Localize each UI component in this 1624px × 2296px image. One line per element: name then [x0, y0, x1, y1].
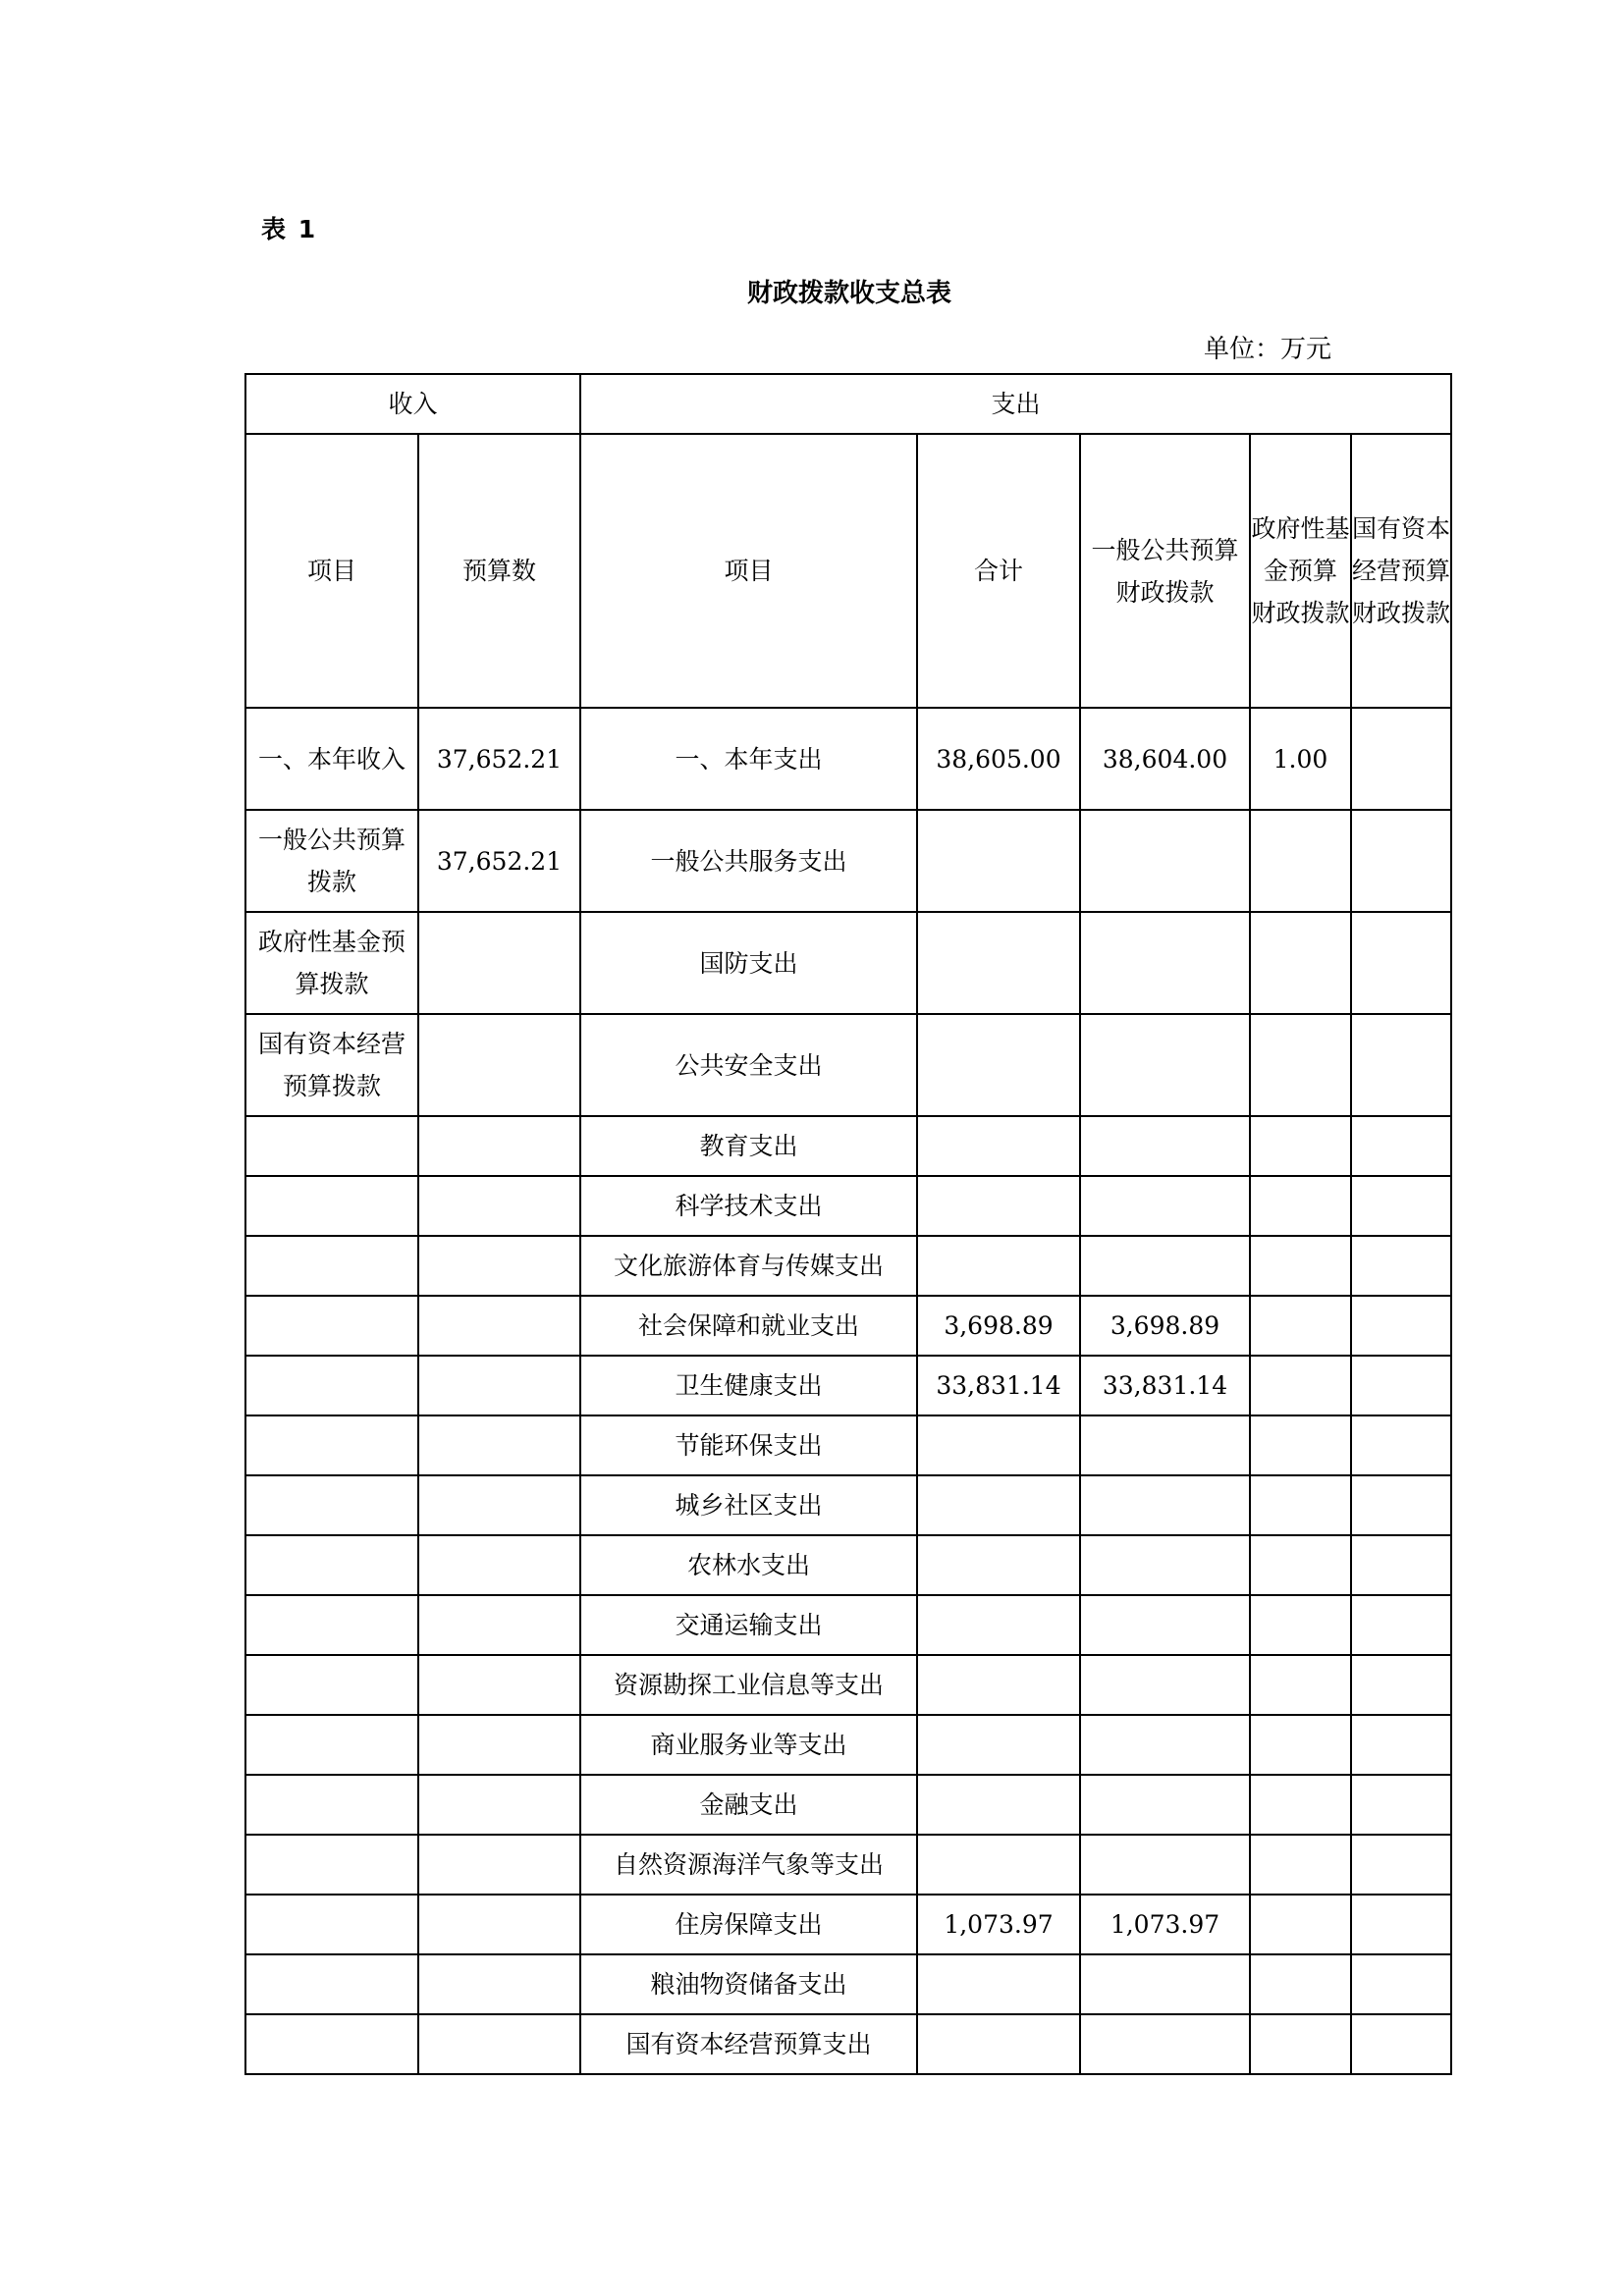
- general-public-cell: [1080, 1176, 1250, 1236]
- income-item-cell: [245, 1116, 418, 1176]
- general-public-cell: [1080, 1715, 1250, 1775]
- document-title: 财政拨款收支总表: [0, 273, 1624, 309]
- total-cell: [917, 1116, 1080, 1176]
- group-header-row: 收入 支出: [245, 374, 1451, 434]
- table-row: 文化旅游体育与传媒支出: [245, 1236, 1451, 1296]
- general-public-cell: [1080, 810, 1250, 912]
- expenditure-item-cell: 资源勘探工业信息等支出: [580, 1655, 917, 1715]
- total-cell: [917, 1835, 1080, 1895]
- general-public-cell: [1080, 912, 1250, 1014]
- state-capital-cell: [1351, 1014, 1451, 1116]
- income-group-header: 收入: [245, 374, 580, 434]
- state-capital-cell: [1351, 810, 1451, 912]
- table-row: 金融支出: [245, 1775, 1451, 1835]
- header-total: 合计: [917, 434, 1080, 708]
- income-budget-cell: [418, 1116, 580, 1176]
- total-cell: [917, 1415, 1080, 1475]
- income-budget-cell: [418, 1535, 580, 1595]
- total-cell: [917, 1595, 1080, 1655]
- expenditure-item-cell: 粮油物资储备支出: [580, 1954, 917, 2014]
- header-income-item: 项目: [245, 434, 418, 708]
- state-capital-cell: [1351, 1116, 1451, 1176]
- income-item-cell: [245, 1176, 418, 1236]
- expenditure-item-cell: 交通运输支出: [580, 1595, 917, 1655]
- expenditure-item-cell: 住房保障支出: [580, 1895, 917, 1954]
- general-public-cell: [1080, 1835, 1250, 1895]
- total-cell: [917, 2014, 1080, 2074]
- general-public-cell: [1080, 1236, 1250, 1296]
- income-budget-cell: [418, 1236, 580, 1296]
- state-capital-cell: [1351, 1595, 1451, 1655]
- general-public-cell: [1080, 1954, 1250, 2014]
- expenditure-item-cell: 国防支出: [580, 912, 917, 1014]
- expenditure-item-cell: 自然资源海洋气象等支出: [580, 1835, 917, 1895]
- income-item-cell: [245, 1415, 418, 1475]
- expenditure-item-cell: 节能环保支出: [580, 1415, 917, 1475]
- total-cell: [917, 1475, 1080, 1535]
- total-cell: [917, 1236, 1080, 1296]
- income-budget-cell: [418, 1835, 580, 1895]
- general-public-cell: 3,698.89: [1080, 1296, 1250, 1356]
- expenditure-item-cell: 一般公共服务支出: [580, 810, 917, 912]
- expenditure-item-cell: 农林水支出: [580, 1535, 917, 1595]
- income-budget-cell: [418, 1415, 580, 1475]
- state-capital-cell: [1351, 1775, 1451, 1835]
- expenditure-item-cell: 商业服务业等支出: [580, 1715, 917, 1775]
- total-cell: 33,831.14: [917, 1356, 1080, 1415]
- table-row: 城乡社区支出: [245, 1475, 1451, 1535]
- general-public-cell: [1080, 1415, 1250, 1475]
- total-cell: [917, 1535, 1080, 1595]
- expenditure-item-cell: 教育支出: [580, 1116, 917, 1176]
- column-header-row: 项目 预算数 项目 合计 一般公共预算 财政拨款 政府性基金预算 财政拨款 国有…: [245, 434, 1451, 708]
- unit-label: 单位：万元: [1204, 329, 1331, 365]
- state-capital-cell: [1351, 1296, 1451, 1356]
- table-row: 政府性基金预算拨款国防支出: [245, 912, 1451, 1014]
- income-item-cell: [245, 1835, 418, 1895]
- total-cell: [917, 810, 1080, 912]
- income-item-cell: [245, 1475, 418, 1535]
- total-cell: [917, 1775, 1080, 1835]
- gov-fund-cell: [1250, 810, 1351, 912]
- general-public-cell: [1080, 2014, 1250, 2074]
- table-row: 一般公共预算拨款37,652.21一般公共服务支出: [245, 810, 1451, 912]
- state-capital-cell: [1351, 1475, 1451, 1535]
- state-capital-cell: [1351, 2014, 1451, 2074]
- total-cell: 1,073.97: [917, 1895, 1080, 1954]
- income-item-cell: [245, 1655, 418, 1715]
- gov-fund-cell: [1250, 1415, 1351, 1475]
- income-budget-cell: 37,652.21: [418, 708, 580, 810]
- general-public-cell: [1080, 1775, 1250, 1835]
- expenditure-group-header: 支出: [580, 374, 1451, 434]
- fiscal-appropriation-table: 收入 支出 项目 预算数 项目 合计 一般公共预算 财政拨款 政府性基金预算 财…: [244, 373, 1452, 2075]
- general-public-cell: [1080, 1535, 1250, 1595]
- general-public-cell: [1080, 1475, 1250, 1535]
- total-cell: 3,698.89: [917, 1296, 1080, 1356]
- total-cell: [917, 912, 1080, 1014]
- income-item-cell: 一般公共预算拨款: [245, 810, 418, 912]
- general-public-cell: 38,604.00: [1080, 708, 1250, 810]
- gov-fund-cell: 1.00: [1250, 708, 1351, 810]
- income-budget-cell: 37,652.21: [418, 810, 580, 912]
- table-row: 交通运输支出: [245, 1595, 1451, 1655]
- income-item-cell: [245, 1356, 418, 1415]
- gov-fund-cell: [1250, 1775, 1351, 1835]
- income-budget-cell: [418, 1655, 580, 1715]
- gov-fund-cell: [1250, 1954, 1351, 2014]
- income-budget-cell: [418, 1475, 580, 1535]
- header-general-public-budget: 一般公共预算 财政拨款: [1080, 434, 1250, 708]
- table-row: 农林水支出: [245, 1535, 1451, 1595]
- table-row: 资源勘探工业信息等支出: [245, 1655, 1451, 1715]
- general-public-cell: 1,073.97: [1080, 1895, 1250, 1954]
- state-capital-cell: [1351, 1236, 1451, 1296]
- header-gov-fund-budget: 政府性基金预算 财政拨款: [1250, 434, 1351, 708]
- gov-fund-cell: [1250, 1296, 1351, 1356]
- total-cell: [917, 1715, 1080, 1775]
- total-cell: [917, 1655, 1080, 1715]
- income-budget-cell: [418, 1595, 580, 1655]
- income-budget-cell: [418, 1895, 580, 1954]
- gov-fund-cell: [1250, 1715, 1351, 1775]
- gov-fund-cell: [1250, 1475, 1351, 1535]
- expenditure-item-cell: 公共安全支出: [580, 1014, 917, 1116]
- table-number-label: 表 1: [261, 210, 317, 245]
- income-item-cell: 国有资本经营预算拨款: [245, 1014, 418, 1116]
- total-cell: [917, 1176, 1080, 1236]
- gov-fund-cell: [1250, 1356, 1351, 1415]
- income-budget-cell: [418, 1715, 580, 1775]
- table-row: 卫生健康支出33,831.1433,831.14: [245, 1356, 1451, 1415]
- expenditure-item-cell: 卫生健康支出: [580, 1356, 917, 1415]
- state-capital-cell: [1351, 1895, 1451, 1954]
- table-row: 住房保障支出1,073.971,073.97: [245, 1895, 1451, 1954]
- income-budget-cell: [418, 1954, 580, 2014]
- expenditure-item-cell: 社会保障和就业支出: [580, 1296, 917, 1356]
- expenditure-item-cell: 城乡社区支出: [580, 1475, 917, 1535]
- expenditure-item-cell: 科学技术支出: [580, 1176, 917, 1236]
- header-income-budget: 预算数: [418, 434, 580, 708]
- income-item-cell: [245, 1715, 418, 1775]
- income-item-cell: 一、本年收入: [245, 708, 418, 810]
- state-capital-cell: [1351, 708, 1451, 810]
- income-budget-cell: [418, 2014, 580, 2074]
- general-public-cell: [1080, 1014, 1250, 1116]
- header-state-capital-budget: 国有资本经营预算财政拨款: [1351, 434, 1451, 708]
- income-budget-cell: [418, 912, 580, 1014]
- income-item-cell: 政府性基金预算拨款: [245, 912, 418, 1014]
- gov-fund-cell: [1250, 1236, 1351, 1296]
- general-public-cell: [1080, 1595, 1250, 1655]
- state-capital-cell: [1351, 1954, 1451, 2014]
- gov-fund-cell: [1250, 1835, 1351, 1895]
- state-capital-cell: [1351, 1715, 1451, 1775]
- gov-fund-cell: [1250, 1176, 1351, 1236]
- gov-fund-cell: [1250, 2014, 1351, 2074]
- table-row: 国有资本经营预算拨款公共安全支出: [245, 1014, 1451, 1116]
- state-capital-cell: [1351, 1356, 1451, 1415]
- state-capital-cell: [1351, 912, 1451, 1014]
- income-item-cell: [245, 1236, 418, 1296]
- income-budget-cell: [418, 1356, 580, 1415]
- table-row: 一、本年收入37,652.21一、本年支出38,605.0038,604.001…: [245, 708, 1451, 810]
- income-budget-cell: [418, 1296, 580, 1356]
- income-item-cell: [245, 1535, 418, 1595]
- table-row: 商业服务业等支出: [245, 1715, 1451, 1775]
- gov-fund-cell: [1250, 912, 1351, 1014]
- expenditure-item-cell: 文化旅游体育与传媒支出: [580, 1236, 917, 1296]
- income-item-cell: [245, 1595, 418, 1655]
- gov-fund-cell: [1250, 1014, 1351, 1116]
- income-budget-cell: [418, 1775, 580, 1835]
- general-public-cell: 33,831.14: [1080, 1356, 1250, 1415]
- gov-fund-cell: [1250, 1895, 1351, 1954]
- income-item-cell: [245, 1775, 418, 1835]
- table-row: 社会保障和就业支出3,698.893,698.89: [245, 1296, 1451, 1356]
- gov-fund-cell: [1250, 1116, 1351, 1176]
- table-row: 粮油物资储备支出: [245, 1954, 1451, 2014]
- gov-fund-cell: [1250, 1595, 1351, 1655]
- table-row: 节能环保支出: [245, 1415, 1451, 1475]
- state-capital-cell: [1351, 1535, 1451, 1595]
- total-cell: [917, 1954, 1080, 2014]
- state-capital-cell: [1351, 1176, 1451, 1236]
- expenditure-item-cell: 金融支出: [580, 1775, 917, 1835]
- total-cell: 38,605.00: [917, 708, 1080, 810]
- general-public-cell: [1080, 1116, 1250, 1176]
- income-item-cell: [245, 2014, 418, 2074]
- gov-fund-cell: [1250, 1535, 1351, 1595]
- header-expenditure-item: 项目: [580, 434, 917, 708]
- expenditure-item-cell: 国有资本经营预算支出: [580, 2014, 917, 2074]
- state-capital-cell: [1351, 1835, 1451, 1895]
- table-row: 教育支出: [245, 1116, 1451, 1176]
- table-row: 自然资源海洋气象等支出: [245, 1835, 1451, 1895]
- income-item-cell: [245, 1296, 418, 1356]
- income-budget-cell: [418, 1014, 580, 1116]
- income-item-cell: [245, 1954, 418, 2014]
- expenditure-item-cell: 一、本年支出: [580, 708, 917, 810]
- table-row: 国有资本经营预算支出: [245, 2014, 1451, 2074]
- income-item-cell: [245, 1895, 418, 1954]
- general-public-cell: [1080, 1655, 1250, 1715]
- state-capital-cell: [1351, 1655, 1451, 1715]
- gov-fund-cell: [1250, 1655, 1351, 1715]
- table-row: 科学技术支出: [245, 1176, 1451, 1236]
- state-capital-cell: [1351, 1415, 1451, 1475]
- income-budget-cell: [418, 1176, 580, 1236]
- total-cell: [917, 1014, 1080, 1116]
